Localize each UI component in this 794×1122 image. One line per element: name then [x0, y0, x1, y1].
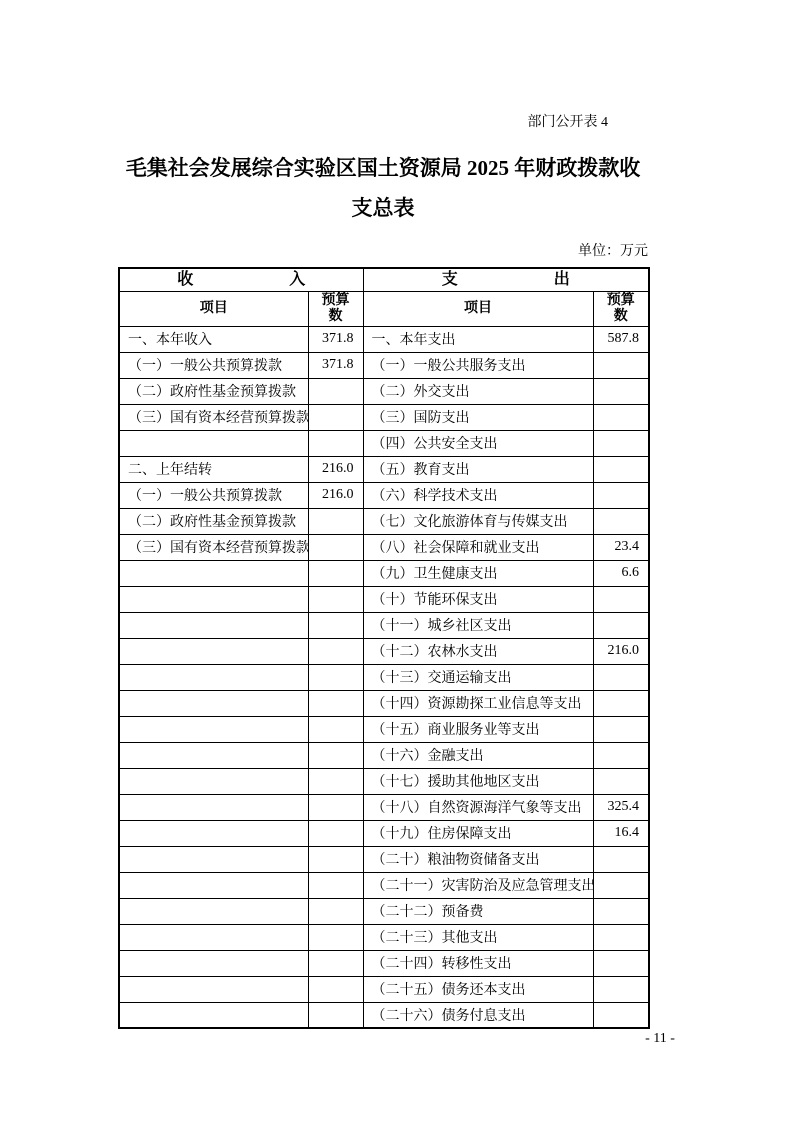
expense-item-cell: （二十六）债务付息支出	[363, 1002, 593, 1028]
expense-budget-cell	[593, 742, 649, 768]
income-section-title: 收 入	[120, 272, 363, 288]
income-item-cell	[119, 638, 308, 664]
table-row: （十九）住房保障支出16.4	[119, 820, 649, 846]
budget-table: 收 入 支 出 项目 预算数 项目 预算数 一、本年收入371.8一、本年支出5…	[118, 267, 650, 1029]
income-item-cell: （三）国有资本经营预算拨款	[119, 534, 308, 560]
table-row: （十一）城乡社区支出	[119, 612, 649, 638]
expense-budget-cell	[593, 768, 649, 794]
expense-item-cell: （十九）住房保障支出	[363, 820, 593, 846]
income-item-cell	[119, 586, 308, 612]
expense-budget-cell	[593, 508, 649, 534]
expense-item-cell: （十六）金融支出	[363, 742, 593, 768]
income-item-cell: 一、本年收入	[119, 326, 308, 352]
expense-budget-cell	[593, 612, 649, 638]
table-row: （二）政府性基金预算拨款（二）外交支出	[119, 378, 649, 404]
table-row: （二十）粮油物资储备支出	[119, 846, 649, 872]
expense-budget-cell	[593, 872, 649, 898]
income-budget-cell	[308, 664, 363, 690]
table-row: （二十二）预备费	[119, 898, 649, 924]
income-item-cell	[119, 976, 308, 1002]
column-header-row: 项目 预算数 项目 预算数	[119, 291, 649, 326]
section-header-row: 收 入 支 出	[119, 268, 649, 291]
income-item-cell	[119, 430, 308, 456]
table-row: 二、上年结转216.0（五）教育支出	[119, 456, 649, 482]
income-budget-cell	[308, 586, 363, 612]
income-item-cell	[119, 768, 308, 794]
budget-table-body: 一、本年收入371.8一、本年支出587.8（一）一般公共预算拨款371.8（一…	[119, 326, 649, 1028]
income-item-cell: （二）政府性基金预算拨款	[119, 508, 308, 534]
expense-section-title: 支 出	[364, 272, 649, 288]
expense-budget-cell: 16.4	[593, 820, 649, 846]
expense-item-cell: （八）社会保障和就业支出	[363, 534, 593, 560]
expense-item-cell: （一）一般公共服务支出	[363, 352, 593, 378]
expense-budget-cell	[593, 898, 649, 924]
expense-budget-cell	[593, 378, 649, 404]
income-section-char1: 收	[177, 272, 193, 288]
income-item-column-header: 项目	[119, 291, 308, 326]
header-note: 部门公开表 4	[528, 111, 609, 131]
expense-item-cell: （二十四）转移性支出	[363, 950, 593, 976]
income-section-char2: 入	[289, 272, 305, 288]
income-budget-cell	[308, 508, 363, 534]
table-row: （二十五）债务还本支出	[119, 976, 649, 1002]
table-row: （十七）援助其他地区支出	[119, 768, 649, 794]
income-budget-cell	[308, 872, 363, 898]
income-budget-cell	[308, 768, 363, 794]
income-item-cell	[119, 794, 308, 820]
expense-budget-column-header: 预算数	[593, 291, 649, 326]
income-budget-cell	[308, 560, 363, 586]
income-item-cell: （三）国有资本经营预算拨款	[119, 404, 308, 430]
table-row: （十八）自然资源海洋气象等支出325.4	[119, 794, 649, 820]
income-budget-cell: 371.8	[308, 326, 363, 352]
expense-budget-cell: 325.4	[593, 794, 649, 820]
income-budget-cell: 216.0	[308, 456, 363, 482]
table-row: （三）国有资本经营预算拨款（三）国防支出	[119, 404, 649, 430]
income-item-cell	[119, 898, 308, 924]
expense-item-cell: （十四）资源勘探工业信息等支出	[363, 690, 593, 716]
expense-budget-cell	[593, 404, 649, 430]
table-row: （十三）交通运输支出	[119, 664, 649, 690]
expense-budget-cell: 6.6	[593, 560, 649, 586]
income-item-cell	[119, 716, 308, 742]
expense-budget-cell	[593, 950, 649, 976]
income-item-cell	[119, 1002, 308, 1028]
table-row: （十二）农林水支出216.0	[119, 638, 649, 664]
income-budget-cell	[308, 976, 363, 1002]
expense-budget-cell	[593, 716, 649, 742]
income-item-cell	[119, 872, 308, 898]
income-budget-cell	[308, 716, 363, 742]
table-row: （十五）商业服务业等支出	[119, 716, 649, 742]
expense-item-cell: （五）教育支出	[363, 456, 593, 482]
income-item-cell	[119, 560, 308, 586]
table-row: （十四）资源勘探工业信息等支出	[119, 690, 649, 716]
expense-budget-cell: 216.0	[593, 638, 649, 664]
income-section-header: 收 入	[119, 268, 363, 291]
page-title: 毛集社会发展综合实验区国土资源局 2025 年财政拨款收支总表	[118, 148, 648, 228]
income-budget-cell	[308, 898, 363, 924]
income-item-cell	[119, 664, 308, 690]
table-row: （二十三）其他支出	[119, 924, 649, 950]
expense-budget-cell: 587.8	[593, 326, 649, 352]
expense-section-header: 支 出	[363, 268, 649, 291]
table-row: （九）卫生健康支出6.6	[119, 560, 649, 586]
expense-section-char1: 支	[442, 272, 458, 288]
expense-item-cell: （十二）农林水支出	[363, 638, 593, 664]
income-budget-cell	[308, 404, 363, 430]
income-item-cell: （二）政府性基金预算拨款	[119, 378, 308, 404]
table-row: （一）一般公共预算拨款216.0（六）科学技术支出	[119, 482, 649, 508]
income-budget-cell	[308, 690, 363, 716]
income-budget-cell	[308, 846, 363, 872]
expense-item-cell: （三）国防支出	[363, 404, 593, 430]
unit-note: 单位：万元	[118, 240, 648, 260]
income-item-cell	[119, 820, 308, 846]
expense-item-cell: （二十二）预备费	[363, 898, 593, 924]
table-row: （四）公共安全支出	[119, 430, 649, 456]
table-row: （十六）金融支出	[119, 742, 649, 768]
income-budget-cell	[308, 378, 363, 404]
income-budget-cell	[308, 742, 363, 768]
table-row: （二十四）转移性支出	[119, 950, 649, 976]
expense-item-cell: （四）公共安全支出	[363, 430, 593, 456]
income-budget-cell	[308, 430, 363, 456]
expense-item-cell: （十八）自然资源海洋气象等支出	[363, 794, 593, 820]
table-row: （二）政府性基金预算拨款（七）文化旅游体育与传媒支出	[119, 508, 649, 534]
expense-item-cell: （二）外交支出	[363, 378, 593, 404]
expense-item-cell: （二十）粮油物资储备支出	[363, 846, 593, 872]
income-item-cell	[119, 690, 308, 716]
income-budget-cell	[308, 1002, 363, 1028]
table-row: （十）节能环保支出	[119, 586, 649, 612]
income-budget-cell: 371.8	[308, 352, 363, 378]
income-budget-column-header: 预算数	[308, 291, 363, 326]
table-row: （二十六）债务付息支出	[119, 1002, 649, 1028]
expense-budget-cell	[593, 846, 649, 872]
document-page: 部门公开表 4 毛集社会发展综合实验区国土资源局 2025 年财政拨款收支总表 …	[0, 0, 794, 1122]
income-budget-cell: 216.0	[308, 482, 363, 508]
expense-item-cell: （二十三）其他支出	[363, 924, 593, 950]
expense-item-cell: （九）卫生健康支出	[363, 560, 593, 586]
income-budget-cell	[308, 950, 363, 976]
table-row: （三）国有资本经营预算拨款（八）社会保障和就业支出23.4	[119, 534, 649, 560]
expense-budget-cell	[593, 690, 649, 716]
expense-budget-cell	[593, 924, 649, 950]
table-row: 一、本年收入371.8一、本年支出587.8	[119, 326, 649, 352]
expense-item-cell: （十一）城乡社区支出	[363, 612, 593, 638]
expense-item-column-header: 项目	[363, 291, 593, 326]
income-item-cell: （一）一般公共预算拨款	[119, 352, 308, 378]
expense-budget-cell	[593, 976, 649, 1002]
expense-budget-cell	[593, 430, 649, 456]
page-number: - 11 -	[630, 1031, 690, 1047]
expense-item-cell: （六）科学技术支出	[363, 482, 593, 508]
expense-item-cell: （十五）商业服务业等支出	[363, 716, 593, 742]
income-budget-cell	[308, 534, 363, 560]
expense-budget-cell	[593, 352, 649, 378]
expense-item-cell: （二十一）灾害防治及应急管理支出	[363, 872, 593, 898]
income-item-cell: 二、上年结转	[119, 456, 308, 482]
income-item-cell	[119, 846, 308, 872]
income-item-cell: （一）一般公共预算拨款	[119, 482, 308, 508]
expense-budget-cell	[593, 664, 649, 690]
income-item-cell	[119, 742, 308, 768]
income-budget-cell	[308, 612, 363, 638]
table-row: （二十一）灾害防治及应急管理支出	[119, 872, 649, 898]
expense-budget-cell	[593, 586, 649, 612]
income-budget-cell	[308, 924, 363, 950]
income-item-cell	[119, 612, 308, 638]
expense-item-cell: （十）节能环保支出	[363, 586, 593, 612]
expense-budget-cell	[593, 456, 649, 482]
expense-section-char2: 出	[554, 272, 570, 288]
table-row: （一）一般公共预算拨款371.8（一）一般公共服务支出	[119, 352, 649, 378]
income-budget-cell	[308, 638, 363, 664]
income-budget-cell	[308, 820, 363, 846]
expense-item-cell: （十七）援助其他地区支出	[363, 768, 593, 794]
income-item-cell	[119, 924, 308, 950]
income-item-cell	[119, 950, 308, 976]
expense-budget-cell	[593, 482, 649, 508]
expense-item-cell: （十三）交通运输支出	[363, 664, 593, 690]
expense-budget-cell: 23.4	[593, 534, 649, 560]
income-budget-cell	[308, 794, 363, 820]
expense-item-cell: （七）文化旅游体育与传媒支出	[363, 508, 593, 534]
expense-budget-cell	[593, 1002, 649, 1028]
expense-item-cell: 一、本年支出	[363, 326, 593, 352]
expense-item-cell: （二十五）债务还本支出	[363, 976, 593, 1002]
